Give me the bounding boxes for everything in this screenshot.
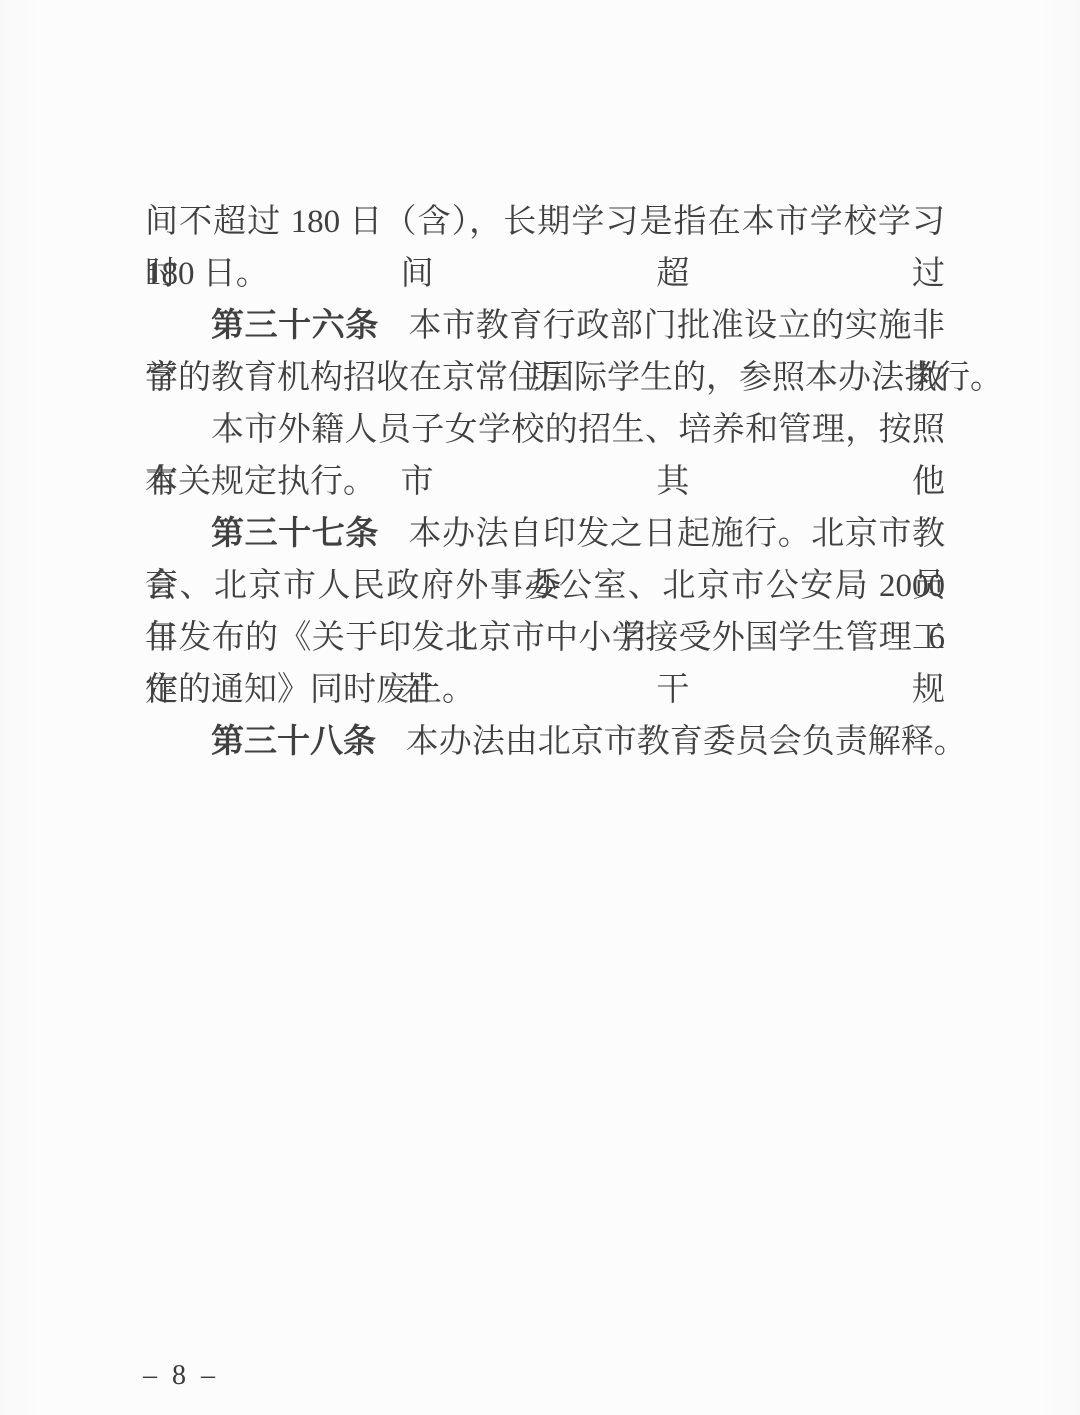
line-text: 180 日。 <box>145 256 269 292</box>
article-number: 第三十六条 <box>211 308 379 344</box>
line-text: 本办法由北京市教育委员会负责解释。 <box>406 724 967 760</box>
document-body: 间不超过 180 日（含），长期学习是指在本市学校学习时间超过180 日。第三十… <box>145 196 945 768</box>
text-line: 日发布的《关于印发北京市中小学接受外国学生管理工作若干规 <box>145 612 945 664</box>
text-line: 本市外籍人员子女学校的招生、培养和管理，按照本市其他 <box>145 404 945 456</box>
text-line: 第三十六条本市教育行政部门批准设立的实施非学历教 <box>145 300 945 352</box>
line-text: 育的教育机构招收在京常住国际学生的，参照本办法执行。 <box>145 360 1003 396</box>
document-page: 间不超过 180 日（含），长期学习是指在本市学校学习时间超过180 日。第三十… <box>0 0 1080 1415</box>
text-line: 间不超过 180 日（含），长期学习是指在本市学校学习时间超过 <box>145 196 945 248</box>
line-text: 有关规定执行。 <box>145 464 376 500</box>
article-number: 第三十八条 <box>211 724 376 760</box>
text-line: 会、北京市人民政府外事办公室、北京市公安局 2000 年 1 月 6 <box>145 560 945 612</box>
text-line: 育的教育机构招收在京常住国际学生的，参照本办法执行。 <box>145 352 945 404</box>
text-line: 第三十七条本办法自印发之日起施行。北京市教育委员 <box>145 508 945 560</box>
line-text: 定的通知》同时废止。 <box>145 672 475 708</box>
page-number: – 8 – <box>143 1356 219 1396</box>
text-line: 第三十八条本办法由北京市教育委员会负责解释。 <box>145 716 945 768</box>
article-number: 第三十七条 <box>211 516 379 552</box>
